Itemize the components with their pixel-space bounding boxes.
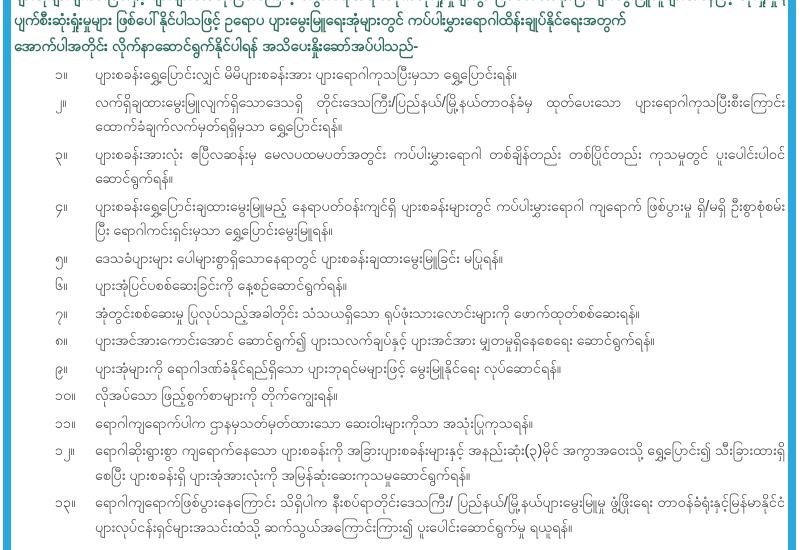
item-number: ၂။ bbox=[55, 91, 95, 140]
item-number: ၄။ bbox=[55, 195, 95, 244]
item-text: ဒေသခံပျားများ ပေါများစွာရှိသောနေရာတွင် ပ… bbox=[95, 247, 785, 272]
header-line-2: အောက်ပါအတိုင်း လိုက်နာဆောင်ရွက်နိုင်ပါရန… bbox=[14, 34, 785, 60]
item-number: ၅။ bbox=[55, 247, 95, 272]
item-text: ပျားအုံပြင်ပစစ်ဆေးခြင်းကို နေ့စဉ်ဆောင်ရွ… bbox=[95, 274, 785, 299]
list-item: ၇။ အုံတွင်းစစ်ဆေးမှု ပြုလုပ်သည့်အခါတိုင်… bbox=[14, 302, 785, 327]
list-item: ၄။ ပျားစခန်းရွှေ့ပြောင်းချထားမွေးမြူမည့်… bbox=[14, 195, 785, 244]
item-text: လက်ရှိချထားမွေးမြူလျက်ရှိသောဒေသရှိ တိုင်… bbox=[95, 91, 785, 140]
list-item: ၁။ ပျားစခန်းရွှေ့ပြောင်းလျှင် မိမိပျားစခ… bbox=[14, 63, 785, 88]
item-text: ပျားစခန်းရွှေ့ပြောင်းချထားမွေးမြူမည့် နေ… bbox=[95, 195, 785, 244]
list-item: ၅။ ဒေသခံပျားများ ပေါများစွာရှိသောနေရာတွင… bbox=[14, 247, 785, 272]
item-text: အုံတွင်းစစ်ဆေးမှု ပြုလုပ်သည့်အခါတိုင်း သ… bbox=[95, 302, 785, 327]
list-item: ၆။ ပျားအုံပြင်ပစစ်ဆေးခြင်းကို နေ့စဉ်ဆောင… bbox=[14, 274, 785, 299]
list-item: ၂။ လက်ရှိချထားမွေးမြူလျက်ရှိသောဒေသရှိ တိ… bbox=[14, 91, 785, 140]
item-number: ၃။ bbox=[55, 143, 95, 192]
item-number: ၁၀။ bbox=[55, 384, 95, 409]
clipped-top-line-text: ပျားအုံများပျက်စီးခြင်းနှင့် ပျားများသေဆ… bbox=[14, 0, 785, 8]
document-page: ပျားအုံများပျက်စီးခြင်းနှင့် ပျားများသေဆ… bbox=[0, 0, 800, 550]
list-item: ၁၀။ လိုအပ်သော ဖြည့်စွက်စာများကို တိုက်ကျ… bbox=[14, 384, 785, 409]
item-text: ရောဂါဆိုးရွားစွာ ကျရောက်နေသော ပျားစခန်းက… bbox=[95, 439, 785, 488]
item-number: ၁၂။ bbox=[55, 439, 95, 488]
item-text: ပျားစခန်းရွှေ့ပြောင်းလျှင် မိမိပျားစခန်း… bbox=[95, 63, 785, 88]
item-text: ပျားစခန်းအားလုံး ဧပြီလဆန်းမှ မေလပထမပတ်အတ… bbox=[95, 143, 785, 192]
item-number: ၉။ bbox=[55, 357, 95, 382]
item-text: ရောဂါကျရောက်ဖြစ်ပွားနေကြောင်း သိရှိပါက န… bbox=[95, 491, 785, 540]
page-border-right bbox=[788, 0, 796, 550]
document-content: ပျားအုံများပျက်စီးခြင်းနှင့် ပျားများသေဆ… bbox=[14, 0, 785, 543]
list-item: ၉။ ပျားအုံများကို ရောဂါဒဏ်ခံနိုင်ရည်ရှိသ… bbox=[14, 357, 785, 382]
item-text: ပျားအင်အားကောင်းအောင် ဆောင်ရွက်၍ ပျားသလက… bbox=[95, 329, 785, 354]
list-item: ၁၃။ ရောဂါကျရောက်ဖြစ်ပွားနေကြောင်း သိရှိပ… bbox=[14, 491, 785, 540]
directive-list: ၁။ ပျားစခန်းရွှေ့ပြောင်းလျှင် မိမိပျားစခ… bbox=[14, 63, 785, 540]
list-item: ၈။ ပျားအင်အားကောင်းအောင် ဆောင်ရွက်၍ ပျား… bbox=[14, 329, 785, 354]
list-item: ၃။ ပျားစခန်းအားလုံး ဧပြီလဆန်းမှ မေလပထမပတ… bbox=[14, 143, 785, 192]
list-item: ၁၁။ ရောဂါကျရောက်ပါက ဌာနမှသတ်မှတ်ထားသော ဆ… bbox=[14, 412, 785, 437]
item-text: လိုအပ်သော ဖြည့်စွက်စာများကို တိုက်ကျွေးရ… bbox=[95, 384, 785, 409]
item-number: ၁။ bbox=[55, 63, 95, 88]
list-item: ၁၂။ ရောဂါဆိုးရွားစွာ ကျရောက်နေသော ပျားစခ… bbox=[14, 439, 785, 488]
item-number: ၁၃။ bbox=[55, 491, 95, 540]
header-line-1: ပျက်စီးဆုံးရှုံးမှုများ ဖြစ်ပေါ်နိုင်ပါသ… bbox=[14, 8, 785, 34]
item-text: ရောဂါကျရောက်ပါက ဌာနမှသတ်မှတ်ထားသော ဆေးဝါ… bbox=[95, 412, 785, 437]
clipped-top-line: ပျားအုံများပျက်စီးခြင်းနှင့် ပျားများသေဆ… bbox=[14, 0, 785, 8]
page-border-left bbox=[3, 0, 11, 550]
item-text: ပျားအုံများကို ရောဂါဒဏ်ခံနိုင်ရည်ရှိသော … bbox=[95, 357, 785, 382]
item-number: ၁၁။ bbox=[55, 412, 95, 437]
header-paragraph: ပျက်စီးဆုံးရှုံးမှုများ ဖြစ်ပေါ်နိုင်ပါသ… bbox=[14, 8, 785, 60]
item-number: ၆။ bbox=[55, 274, 95, 299]
item-number: ၇။ bbox=[55, 302, 95, 327]
item-number: ၈။ bbox=[55, 329, 95, 354]
